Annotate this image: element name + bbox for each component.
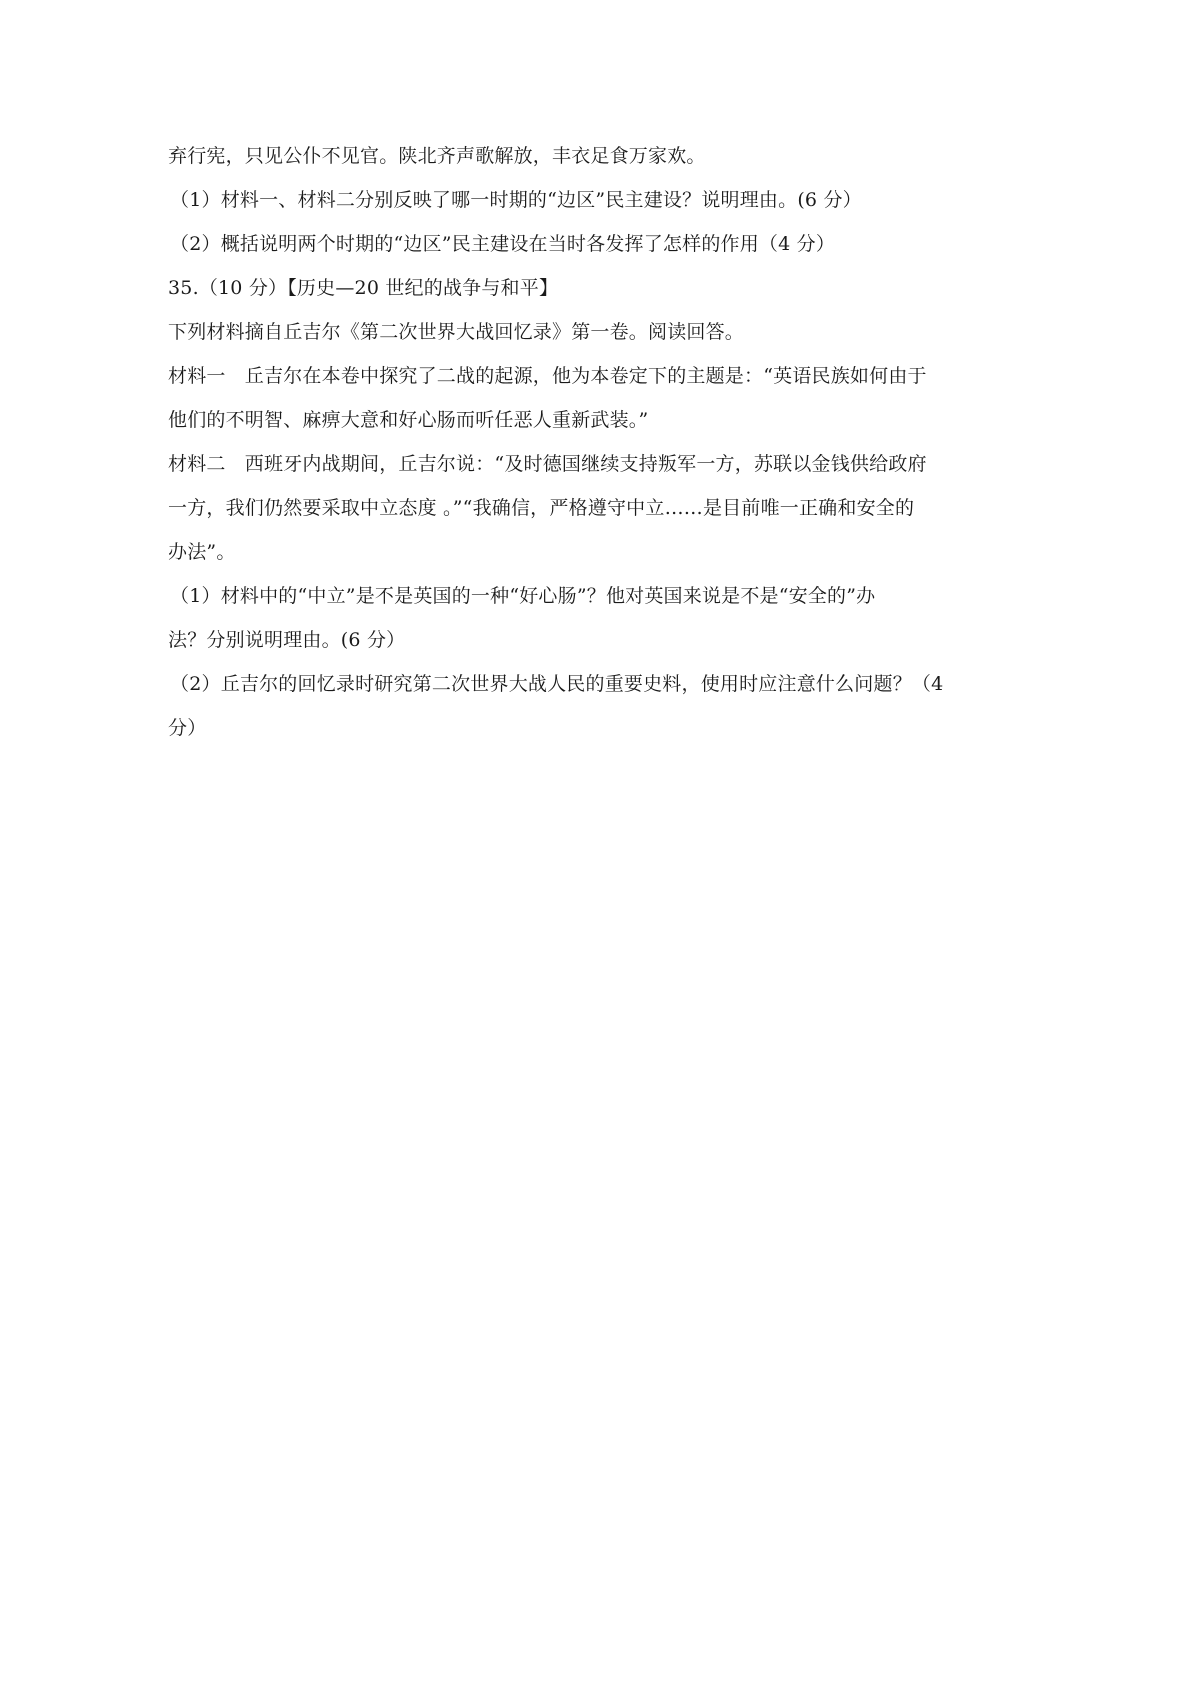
material-one-line-1: 材料一 丘吉尔在本卷中探究了二战的起源，他为本卷定下的主题是：“英语民族如何由于 bbox=[168, 364, 927, 388]
material-two-line-3: 办法”。 bbox=[168, 540, 236, 564]
material-two-line-1: 材料二 西班牙内战期间，丘吉尔说：“及时德国继续支持叛军一方，苏联以金钱供给政府 bbox=[168, 452, 927, 476]
question-35-heading: 35.（10 分）【历史—20 世纪的战争与和平】 bbox=[168, 276, 558, 300]
material-one-line-2: 他们的不明智、麻痹大意和好心肠而听任恶人重新武装。” bbox=[168, 408, 648, 432]
material-two-line-2: 一方，我们仍然要采取中立态度 。”“我确信，严格遵守中立……是目前唯一正确和安全… bbox=[168, 496, 914, 520]
question-35-1-line-1: （1）材料中的“中立”是不是英国的一种“好心肠”？他对英国来说是不是“安全的”办 bbox=[170, 584, 875, 608]
question-35-1-line-2: 法？分别说明理由。(6 分） bbox=[168, 628, 405, 652]
question-35-2-line-1: （2）丘吉尔的回忆录时研究第二次世界大战人民的重要史料，使用时应注意什么问题？（… bbox=[170, 672, 943, 696]
question-34-1: （1）材料一、材料二分别反映了哪一时期的“边区”民主建设？说明理由。(6 分） bbox=[170, 188, 862, 212]
poem-continuation-line: 弃行宪，只见公仆不见官。陕北齐声歌解放，丰衣足食万家欢。 bbox=[168, 144, 706, 168]
question-35-intro: 下列材料摘自丘吉尔《第二次世界大战回忆录》第一卷。阅读回答。 bbox=[168, 320, 744, 344]
document-page: 弃行宪，只见公仆不见官。陕北齐声歌解放，丰衣足食万家欢。 （1）材料一、材料二分… bbox=[0, 0, 1200, 1698]
question-34-2: （2）概括说明两个时期的“边区”民主建设在当时各发挥了怎样的作用（4 分） bbox=[170, 232, 835, 256]
question-35-2-line-2: 分） bbox=[168, 716, 206, 740]
